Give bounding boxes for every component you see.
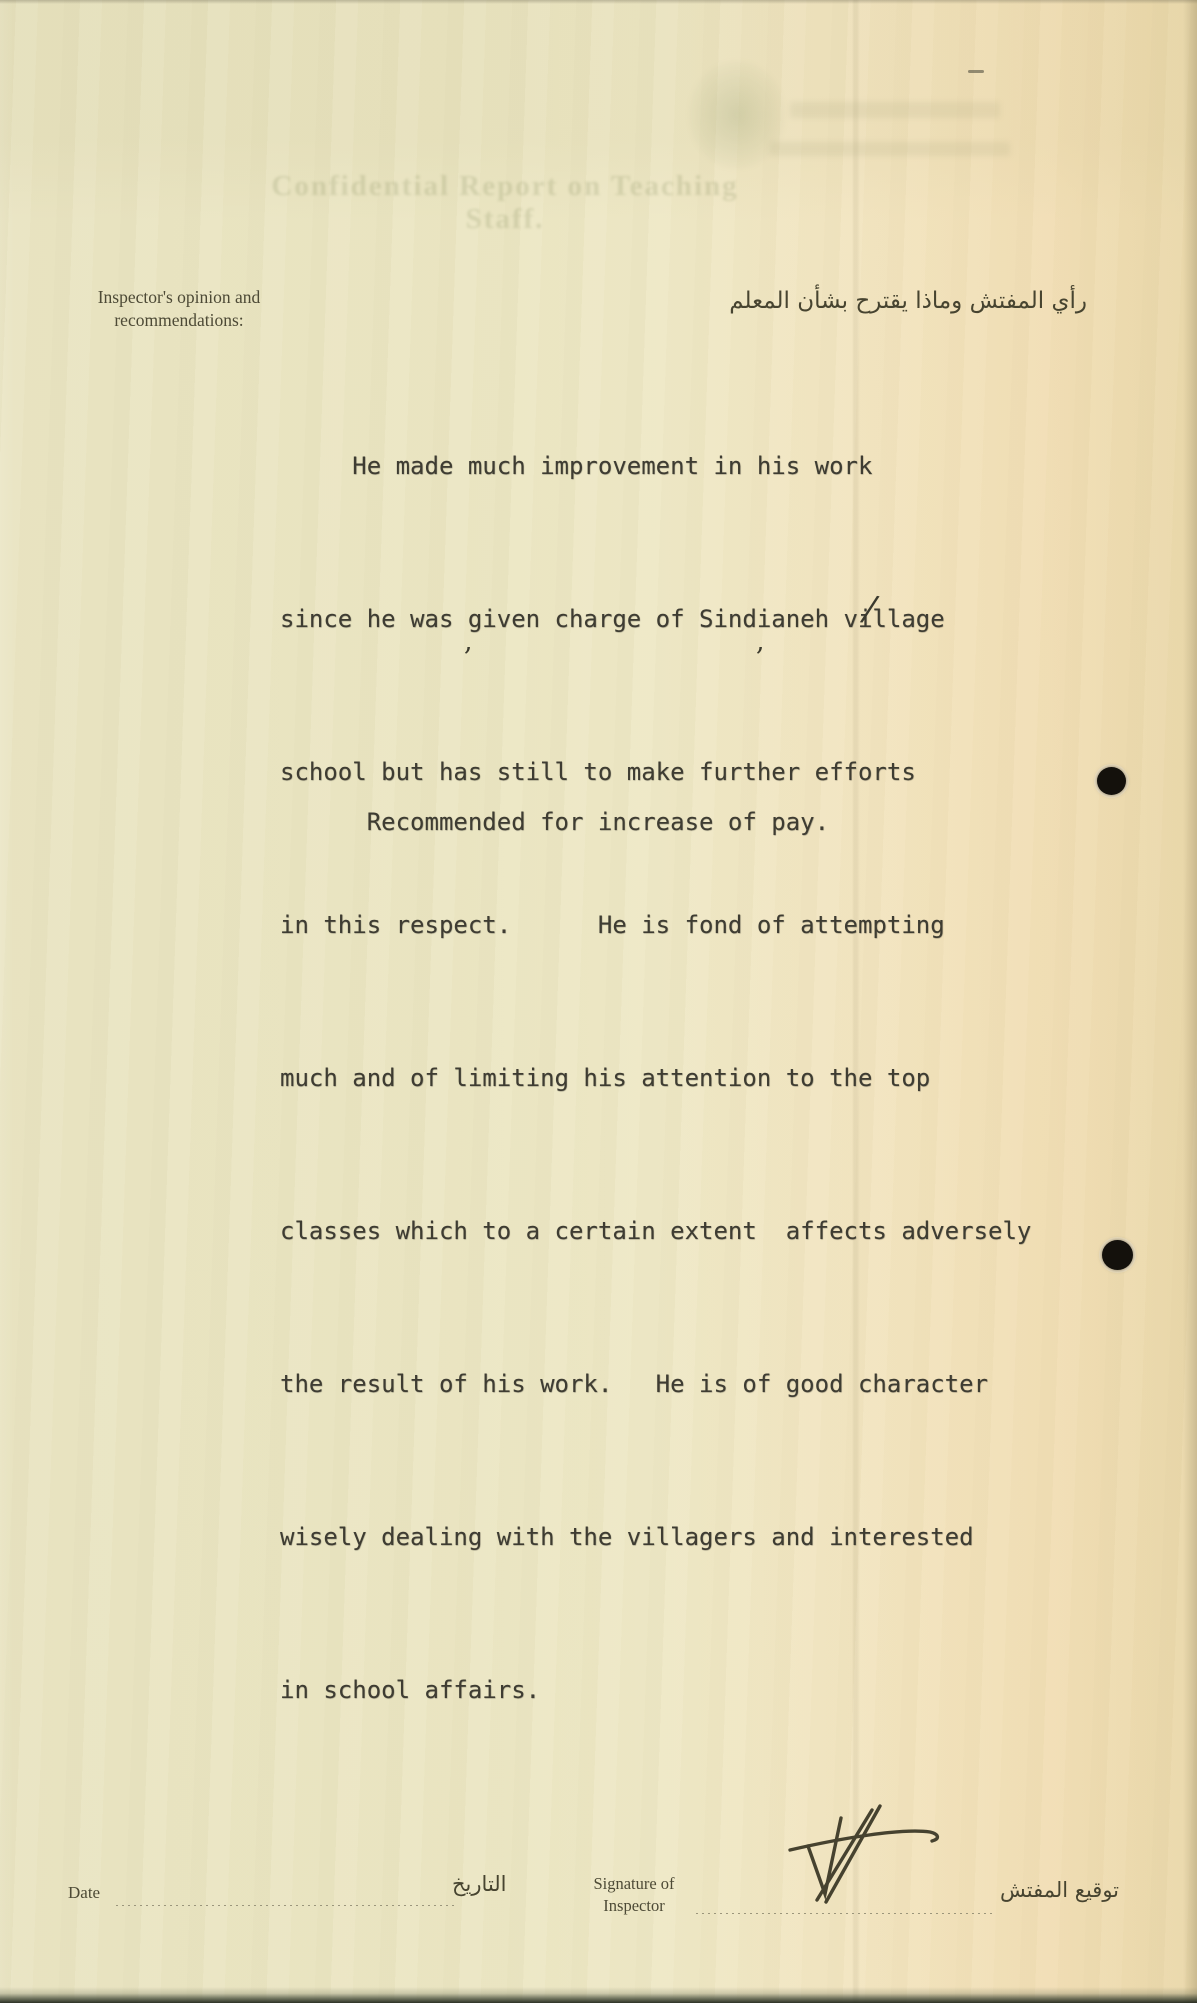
typewritten-opinion-text: He made much improvement in his work sin… — [280, 339, 1031, 1818]
handwritten-comma-mark: , — [756, 628, 765, 655]
date-fill-line — [116, 1903, 454, 1906]
body-line: the result of his work. He is of good ch… — [280, 1359, 1031, 1410]
body-line: wisely dealing with the villagers and in… — [280, 1512, 1031, 1563]
inspector-opinion-label-line1: Inspector's opinion and — [60, 286, 298, 309]
date-label: Date — [68, 1883, 100, 1903]
arabic-heading: رأي المفتش وماذا يقترح بشأن المعلم — [729, 288, 1087, 314]
scan-top-edge — [0, 0, 1197, 4]
scan-right-edge — [1183, 0, 1197, 2003]
scan-bottom-edge — [0, 1987, 1197, 2003]
ghost-title-bleedthrough: Confidential Report on Teaching Staff. — [255, 170, 755, 236]
punch-hole-bottom — [1102, 1240, 1133, 1270]
recommendation-line: Recommended for increase of pay. — [280, 797, 829, 848]
signature-stroke — [817, 1810, 872, 1900]
ghost-text-bar — [770, 142, 1010, 156]
scanned-report-page: Confidential Report on Teaching Staff. I… — [0, 0, 1197, 2003]
signature-label-line2: Inspector — [576, 1895, 692, 1917]
body-line: in this respect. He is fond of attemptin… — [280, 900, 1031, 951]
body-line: since he was given charge of Sindianeh v… — [280, 594, 1031, 645]
signature-label-line1: Signature of — [576, 1873, 692, 1895]
body-line: He made much improvement in his work — [280, 441, 1031, 492]
body-line: in school affairs. — [280, 1665, 1031, 1716]
punch-hole-top — [1097, 767, 1126, 795]
ghost-text-bar — [790, 102, 1000, 118]
date-arabic-label: التاريخ — [452, 1872, 507, 1896]
handwritten-comma-mark: , — [464, 628, 473, 655]
inspector-signature — [762, 1796, 967, 1916]
inspector-opinion-label: Inspector's opinion and recommendations: — [60, 286, 298, 332]
body-line: classes which to a certain extent affect… — [280, 1206, 1031, 1257]
body-line: school but has still to make further eff… — [280, 747, 1031, 798]
inspector-opinion-label-line2: recommendations: — [60, 309, 298, 332]
signature-of-inspector-label: Signature of Inspector — [576, 1873, 692, 1917]
ink-dash-mark — [968, 70, 984, 73]
signature-arabic-label: توقيع المفتش — [1000, 1878, 1119, 1902]
body-line: much and of limiting his attention to th… — [280, 1053, 1031, 1104]
